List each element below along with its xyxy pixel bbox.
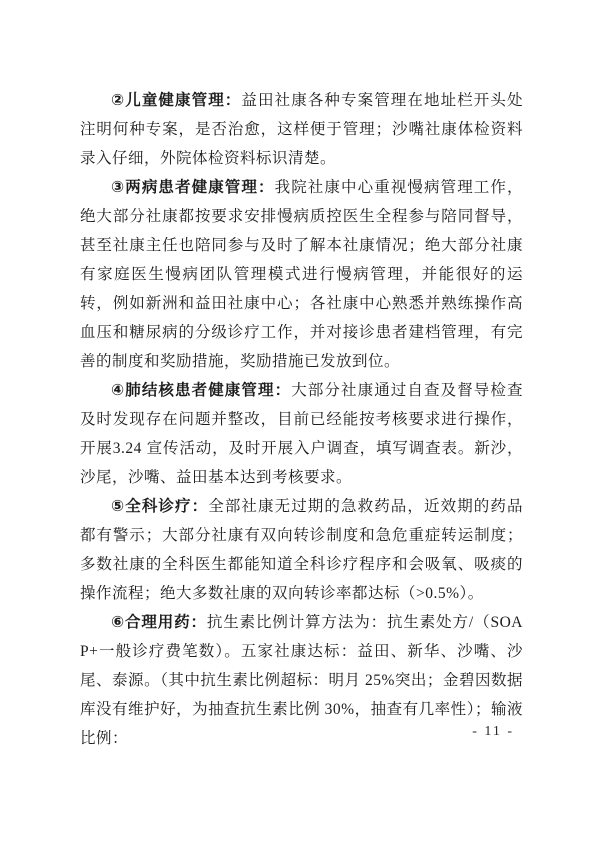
paragraph-rational-medication: ⑥合理用药：抗生素比例计算方法为：抗生素处方/（SOAP+一般诊疗费笔数）。五家… [80,608,523,753]
page-number: - 11 - [472,724,514,740]
paragraph-heading: ⑤全科诊疗： [111,498,208,515]
paragraph-heading: ⑥合理用药： [111,614,207,631]
paragraph-heading: ③两病患者健康管理： [111,179,275,196]
document-page: ②儿童健康管理：益田社康各种专案管理在地址栏开头处注明何种专案，是否治愈，这样便… [0,0,600,850]
paragraph-heading: ④肺结核患者健康管理： [111,382,291,399]
paragraph-two-disease-health: ③两病患者健康管理：我院社康中心重视慢病管理工作，绝大部分社康都按要求安排慢病质… [80,173,523,376]
document-body: ②儿童健康管理：益田社康各种专案管理在地址栏开头处注明何种专案，是否治愈，这样便… [80,86,523,753]
paragraph-general-practice: ⑤全科诊疗：全部社康无过期的急救药品，近效期的药品都有警示；大部分社康有双向转诊… [80,492,523,608]
paragraph-heading: ②儿童健康管理： [111,92,241,109]
paragraph-text: 抗生素比例计算方法为：抗生素处方/（SOAP+一般诊疗费笔数）。五家社康达标：益… [80,614,523,747]
paragraph-text: 我院社康中心重视慢病管理工作，绝大部分社康都按要求安排慢病质控医生全程参与陪同督… [80,179,523,370]
paragraph-tuberculosis-health: ④肺结核患者健康管理：大部分社康通过自查及督导检查及时发现存在问题并整改，目前已… [80,376,523,492]
paragraph-child-health: ②儿童健康管理：益田社康各种专案管理在地址栏开头处注明何种专案，是否治愈，这样便… [80,86,523,173]
